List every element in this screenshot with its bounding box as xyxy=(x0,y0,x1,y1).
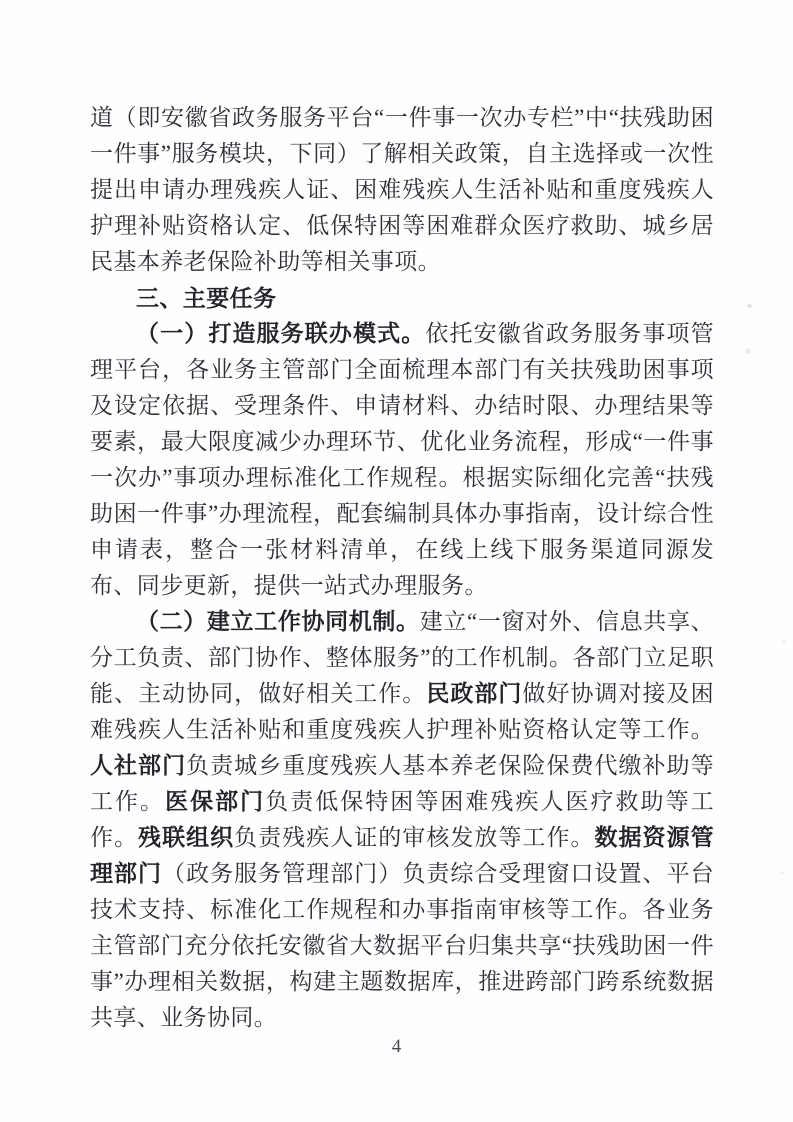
body-text: 依托安徽省政务服务事项管理平台，各业务主管部门全面梳理本部门有关扶残助困事项及设… xyxy=(90,321,714,598)
bold-text: （一）打造服务联办模式。 xyxy=(136,321,425,346)
bold-text: 医保部门 xyxy=(165,789,265,814)
section-heading: 三、主要任务 xyxy=(90,280,714,316)
document-page: 道（即安徽省政务服务平台“一件事一次办专栏”中“扶残助困一件事”服务模块，下同）… xyxy=(0,0,793,1122)
scan-speck xyxy=(780,872,784,875)
body-text: 负责残疾人证的审核发放等工作。 xyxy=(234,825,594,850)
paragraph: （一）打造服务联办模式。依托安徽省政务服务事项管理平台，各业务主管部门全面梳理本… xyxy=(90,316,714,604)
scan-speck xyxy=(745,348,751,354)
bold-text: 三、主要任务 xyxy=(136,285,276,311)
body-text: （政务服务管理部门）负责综合受理窗口设置、平台技术支持、标准化工作规程和办事指南… xyxy=(90,861,714,1030)
bold-text: 残联组织 xyxy=(138,825,234,850)
paragraph: （二）建立工作协同机制。建立“一窗对外、信息共享、分工负责、部门协作、整体服务”… xyxy=(90,604,714,1036)
scan-speck xyxy=(782,640,786,643)
page-number: 4 xyxy=(0,1036,793,1058)
bold-text: 民政部门 xyxy=(426,681,522,706)
scan-speck xyxy=(747,304,752,308)
bold-text: （二）建立工作协同机制。 xyxy=(136,609,420,634)
paragraph: 道（即安徽省政务服务平台“一件事一次办专栏”中“扶残助困一件事”服务模块，下同）… xyxy=(90,100,714,280)
body-text: 道（即安徽省政务服务平台“一件事一次办专栏”中“扶残助困一件事”服务模块，下同）… xyxy=(90,105,714,274)
bold-text: 人社部门 xyxy=(90,753,186,778)
document-body: 道（即安徽省政务服务平台“一件事一次办专栏”中“扶残助困一件事”服务模块，下同）… xyxy=(90,100,714,1036)
